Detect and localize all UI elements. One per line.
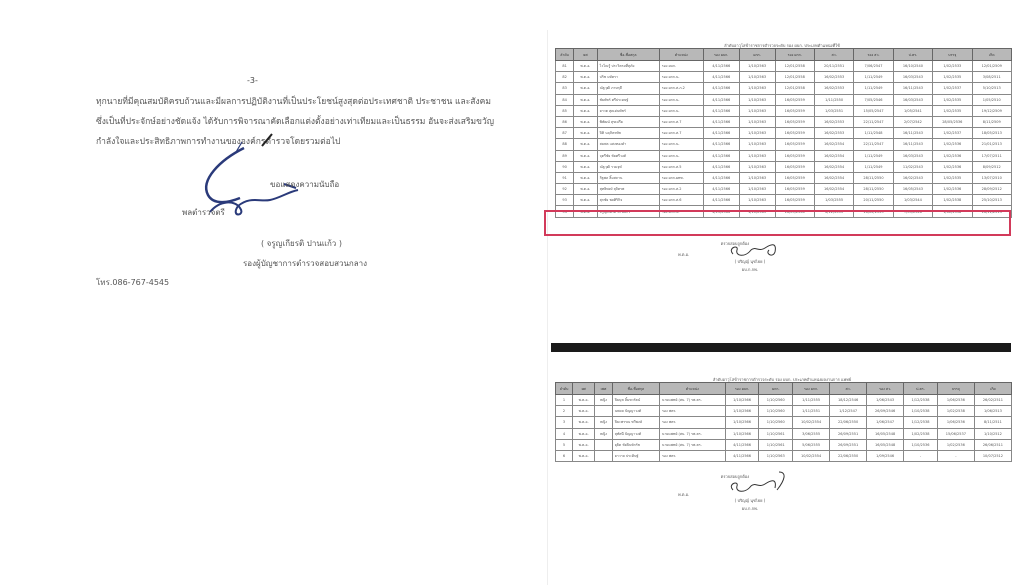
- table-cell: 26/09/2551: [830, 428, 867, 439]
- table-cell: 1/10/2563: [739, 61, 775, 72]
- table-cell: 1/10/2563: [739, 94, 775, 105]
- table-cell: พ.ต.อ.: [574, 184, 598, 195]
- table-cell: 83: [556, 83, 574, 94]
- table-cell: 1/11/2548: [854, 128, 893, 139]
- seniority-table-2: ลำดับยศเพศชื่อ-ชื่อสกุลตำแหน่งรอง ผบก.ผก…: [555, 382, 1012, 462]
- table-cell: 28/05/2536: [933, 116, 972, 127]
- table-cell: ณัฐวุฒิ รวมจุฬ: [597, 161, 659, 172]
- table-cell: 4/11/2566: [703, 161, 739, 172]
- table-cell: 1/12/2538: [904, 417, 938, 428]
- table-cell: พ.ต.อ.: [574, 128, 598, 139]
- table-cell: 19/12/2509: [972, 105, 1012, 116]
- table-cell: 4: [556, 428, 573, 439]
- table-row: 81พ.ต.อ.ไวไณรู้ ประวิตรอที่สุภัยรอง ผบก.…: [556, 61, 1012, 72]
- table-cell: 16/02/2553: [814, 72, 853, 83]
- table-cell: 1/10/2560: [759, 406, 793, 417]
- table-cell: -: [937, 450, 974, 461]
- table-cell: 1/03/2555: [814, 195, 853, 206]
- table-cell: 1/03/2551: [814, 105, 853, 116]
- table-cell: 28/11/2550: [854, 172, 893, 183]
- table-cell: 1/05/2541: [893, 105, 932, 116]
- column-header: เพศ: [595, 383, 613, 395]
- table-cell: 1/12/2538: [904, 395, 938, 406]
- table-cell: 1/02/2536: [933, 184, 972, 195]
- table-cell: 1/10/2560: [759, 395, 793, 406]
- table-cell: 1/10/2563: [739, 150, 775, 161]
- table-cell: 16/05/2559: [775, 105, 814, 116]
- table-cell: 1/10/2563: [739, 172, 775, 183]
- table-cell: 16/05/2559: [775, 184, 814, 195]
- checkmark-icon: [258, 130, 288, 150]
- table-cell: 7/06/2547: [854, 61, 893, 72]
- table-cell: 15/06/2537: [937, 428, 974, 439]
- table-cell: 22/06/2550: [830, 450, 867, 461]
- table-cell: 1/02/2533: [933, 61, 972, 72]
- table-cell: รอง ผกก.ส.2: [659, 184, 703, 195]
- table-cell: 20/11/2551: [814, 61, 853, 72]
- column-header: ลำดับ: [556, 49, 574, 61]
- table-cell: 90: [556, 161, 574, 172]
- table-cell: 16/02/2554: [814, 184, 853, 195]
- table-row: 87พ.ต.อ.ปิติ นฤภิตรพัชรอง ผกก.ส.74/11/25…: [556, 128, 1012, 139]
- approval-position: ผบ.ก.กพ.: [720, 266, 780, 273]
- attachment-page: ลำดับอาวุโสข้าราชการตำรวจระดับ รอง ผบก. …: [540, 0, 1024, 585]
- table-cell: 5/06/2555: [793, 439, 830, 450]
- table-cell: รอง ผกก.ส.7: [659, 116, 703, 127]
- table-cell: 1/09/2546: [867, 450, 904, 461]
- table-cell: 1/10/2563: [759, 450, 793, 461]
- table-cell: 1/10/2563: [739, 105, 775, 116]
- table-cell: สุทัศนี ปัญญาวงศ์: [612, 428, 659, 439]
- table-cell: 1/02/2538: [933, 195, 972, 206]
- table-cell: 1/10/2566: [725, 417, 759, 428]
- table-cell: [595, 439, 613, 450]
- table-row: 84พ.ต.อ.ชัยพัชร์ ศรีประดษฐ์รอง ผกก.น.4/1…: [556, 94, 1012, 105]
- table-cell: 16/05/2559: [775, 94, 814, 105]
- table-cell: 1/06/2536: [937, 395, 974, 406]
- table-cell: 1/11/2555: [793, 395, 830, 406]
- table-cell: ปิยนุช ลิ้มทวรัตน์: [612, 395, 659, 406]
- table-cell: พ.ต.อ.: [573, 417, 595, 428]
- table-cell: 16/11/2543: [893, 128, 932, 139]
- table-cell: 82: [556, 72, 574, 83]
- column-header: ผกก.: [759, 383, 793, 395]
- table-cell: สุทธิพงษ์ สุจิตรพ: [597, 184, 659, 195]
- table-cell: 4/11/2566: [703, 105, 739, 116]
- table-row: 5พ.ต.อ.ยุธิต ชัยปินท์กรัชนายแพทย์ (สบ. 7…: [556, 439, 1012, 450]
- table-cell: 12/01/2509: [972, 61, 1012, 72]
- table-cell: 16/05/2548: [867, 428, 904, 439]
- table-cell: พ.ต.อ.: [574, 61, 598, 72]
- approval-signature-icon: [725, 470, 795, 500]
- table-cell: หญิง: [595, 395, 613, 406]
- table-cell: 16/03/2543: [893, 150, 932, 161]
- table-cell: 22/11/2547: [854, 116, 893, 127]
- table-cell: 4/11/2566: [725, 439, 759, 450]
- table-cell: 84: [556, 94, 574, 105]
- table-cell: พ.ต.อ.: [574, 94, 598, 105]
- table-cell: 1/10/2563: [739, 184, 775, 195]
- table-cell: 12/01/2558: [775, 72, 814, 83]
- table-cell: ปริช มหัตรา: [597, 72, 659, 83]
- table-cell: รอง ผกก.น.: [659, 150, 703, 161]
- signer-position: รองผู้บัญชาการตำรวจสอบสวนกลาง: [243, 257, 367, 270]
- table-cell: นายแพทย์ (สบ. 7) รพ.ตร.: [660, 428, 726, 439]
- table-cell: 88: [556, 139, 574, 150]
- table-cell: 3: [556, 417, 573, 428]
- table-cell: 1/02/2536: [937, 439, 974, 450]
- table-cell: 16/03/2543: [893, 94, 932, 105]
- table-row: 85พ.ต.อ.ยาวต สุดเด่นพัชร์รอง ผกก.น.4/11/…: [556, 105, 1012, 116]
- table-cell: 16/02/2554: [814, 150, 853, 161]
- seniority-table-1: ลำดับยศชื่อ-ชื่อสกุลตำแหน่งรอง ผบก.ผกก.ร…: [555, 48, 1012, 218]
- table-cell: 1/11/2549: [854, 150, 893, 161]
- table-cell: 16/05/2559: [775, 116, 814, 127]
- table-cell: 8/09/2512: [972, 161, 1012, 172]
- approval-rank: พ.ต.อ.: [678, 251, 689, 258]
- table-cell: 5/10/2513: [972, 83, 1012, 94]
- table-cell: ชัยพัชร์ ศรีประดษฐ์: [597, 94, 659, 105]
- table-cell: พ.ต.อ.: [574, 83, 598, 94]
- table-cell: 1/02/2537: [933, 83, 972, 94]
- table-cell: พ.ต.อ.: [573, 439, 595, 450]
- table-cell: รอง ผกก.น.: [659, 72, 703, 83]
- table-cell: 4/11/2566: [703, 83, 739, 94]
- table-cell: 1/10/2563: [739, 128, 775, 139]
- table-cell: ยาวต สุดเด่นพัชร์: [597, 105, 659, 116]
- table-cell: กิฐพล ลิ้มสถาน: [597, 172, 659, 183]
- table-cell: 8/11/2509: [972, 116, 1012, 127]
- table-cell: นายแพทย์ (สบ. 7) รพ.ตร.: [660, 395, 726, 406]
- table-cell: 26/09/2551: [830, 439, 867, 450]
- table-cell: 1/10/2566: [725, 406, 759, 417]
- column-header: ลำดับ: [556, 383, 573, 395]
- table-cell: รอง พตร.: [660, 406, 726, 417]
- table-cell: 22/11/2547: [854, 139, 893, 150]
- table-cell: นายแพทย์ (สบ. 7) รพ.ตร.: [660, 439, 726, 450]
- table-cell: 16/02/2554: [814, 161, 853, 172]
- table-cell: พ.ต.อ.: [573, 395, 595, 406]
- table-row: 83พ.ต.อ.ณัฐวุฒิ ภาษกุลีรอง ผกก.ส.ภ.24/11…: [556, 83, 1012, 94]
- table-cell: 4/11/2566: [703, 139, 739, 150]
- table-cell: 1/02/2538: [904, 428, 938, 439]
- table-row: 6พ.ต.อ.ยาวาล ประดิษฐ์รอง พตร.4/11/25661/…: [556, 450, 1012, 461]
- table-cell: 1/10/2563: [739, 72, 775, 83]
- table-cell: 16/05/2548: [867, 439, 904, 450]
- table-row: 86พ.ต.อ.พิพัฒน์ สุขเปรียรอง ผกก.ส.74/11/…: [556, 116, 1012, 127]
- table-cell: 89: [556, 150, 574, 161]
- table-cell: 1/02/2536: [933, 161, 972, 172]
- table-cell: 1/10/2563: [739, 116, 775, 127]
- table-cell: 1/06/2547: [867, 417, 904, 428]
- table-cell: 28/11/2550: [854, 184, 893, 195]
- table-row: 93พ.ต.อ.สุกชัย พลศิริกิจรอง ผกก.ส.64/11/…: [556, 195, 1012, 206]
- table-cell: พ.ต.อ.: [573, 450, 595, 461]
- highlighted-row-frame: [544, 210, 1011, 236]
- table-cell: 4/11/2566: [703, 195, 739, 206]
- table-cell: พ.ต.อ.: [573, 428, 595, 439]
- table-cell: รอง ผกก.ส.6: [659, 195, 703, 206]
- table-cell: 3/06/2555: [793, 428, 830, 439]
- table-cell: 1/02/2535: [933, 94, 972, 105]
- table-cell: 1/10/2563: [739, 83, 775, 94]
- table-row: 89พ.ต.อ.จุตรีชัย ชัยศรีวงศ์รอง ผกก.น.4/1…: [556, 150, 1012, 161]
- table-cell: 91: [556, 172, 574, 183]
- table-cell: 21/01/2513: [972, 139, 1012, 150]
- column-header: ตำแหน่ง: [659, 49, 703, 61]
- table-cell: หญิง: [595, 417, 613, 428]
- table-cell: 93: [556, 195, 574, 206]
- table-cell: 2: [556, 406, 573, 417]
- table-cell: 92: [556, 184, 574, 195]
- table-cell: 1/11/2549: [854, 83, 893, 94]
- page-number: -3-: [247, 76, 258, 85]
- table-cell: 28/09/2512: [972, 184, 1012, 195]
- table-cell: 1/10/2566: [725, 428, 759, 439]
- table-row: 91พ.ต.อ.กิฐพล ลิ้มสถานรอง ผกก.ผทท.4/11/2…: [556, 172, 1012, 183]
- table-cell: จุตรีชัย ชัยศรีวงศ์: [597, 150, 659, 161]
- table-cell: 5: [556, 439, 573, 450]
- table-cell: [595, 450, 613, 461]
- table-cell: 16/11/2543: [893, 83, 932, 94]
- table-cell: 22/06/2550: [830, 417, 867, 428]
- column-header: เกิด: [974, 383, 1011, 395]
- table-cell: 1/11/2550: [814, 94, 853, 105]
- table-cell: 16/05/2543: [893, 184, 932, 195]
- table-cell: 11/02/2543: [893, 161, 932, 172]
- table-cell: 1/02/2538: [937, 406, 974, 417]
- table-cell: 1/06/2543: [867, 395, 904, 406]
- table-cell: รอง ผกก.ผทท.: [659, 172, 703, 183]
- column-header: ชื่อ-ชื่อสกุล: [612, 383, 659, 395]
- table-cell: 1/10/2536: [904, 439, 938, 450]
- table-cell: [595, 406, 613, 417]
- table-cell: 1/02/2535: [933, 72, 972, 83]
- table-cell: 16/02/2554: [814, 139, 853, 150]
- column-header: ป.ตร.: [904, 383, 938, 395]
- table-row: 90พ.ต.อ.ณัฐวุฒิ รวมจุฬรอง ผกก.ส.54/11/25…: [556, 161, 1012, 172]
- column-header: ตำแหน่ง: [660, 383, 726, 395]
- table-cell: หญิง: [595, 428, 613, 439]
- page-divider: [551, 343, 1011, 352]
- table-cell: พ.ต.อ.: [574, 195, 598, 206]
- table-cell: 1/06/2513: [974, 406, 1011, 417]
- table-cell: 4/11/2566: [703, 116, 739, 127]
- table-cell: 10/02/2554: [793, 450, 830, 461]
- table-cell: รอง ผกก.น.: [659, 139, 703, 150]
- table-cell: 4/11/2566: [703, 61, 739, 72]
- table-cell: 16/02/2554: [814, 172, 853, 183]
- table-cell: 1/03/2544: [893, 195, 932, 206]
- table-cell: 1/02/2536: [933, 150, 972, 161]
- table-cell: ปิยะพรรณ ทวีพงษ์: [612, 417, 659, 428]
- table-cell: 1/10/2561: [759, 428, 793, 439]
- column-header: รอง ผบก.: [703, 49, 739, 61]
- table-cell: 1/02/2537: [933, 128, 972, 139]
- table-cell: สุกชัย พลศิริกิจ: [597, 195, 659, 206]
- table-cell: 1/10/2563: [739, 161, 775, 172]
- table-cell: 7/05/2546: [854, 94, 893, 105]
- column-header: ยศ: [574, 49, 598, 61]
- column-header: รอง สว.: [854, 49, 893, 61]
- table-cell: 16/02/2553: [814, 83, 853, 94]
- table-cell: ยาวาล ประดิษฐ์: [612, 450, 659, 461]
- table-cell: พ.ต.อ.: [574, 72, 598, 83]
- table-row: 3พ.ต.อ.หญิงปิยะพรรณ ทวีพงษ์รอง พตร.1/10/…: [556, 417, 1012, 428]
- table-cell: พ.ต.อ.: [574, 172, 598, 183]
- table-cell: 18/12/2546: [830, 395, 867, 406]
- table-cell: 1/02/2536: [933, 139, 972, 150]
- table-cell: 1/12/2547: [830, 406, 867, 417]
- table-cell: 1/10/2563: [739, 195, 775, 206]
- table-cell: รอง ผกก.น.: [659, 105, 703, 116]
- paragraph-line-1: ทุกนายที่มีคุณสมบัติครบถ้วนและมีผลการปฏิ…: [96, 92, 516, 112]
- table-cell: 4/11/2566: [703, 150, 739, 161]
- table-cell: 4/11/2566: [703, 184, 739, 195]
- table-cell: 25/10/2513: [972, 195, 1012, 206]
- signer-name: ( จรูญเกียรติ ปานแก้ว ): [261, 237, 342, 250]
- table-cell: 16/02/2553: [814, 116, 853, 127]
- table-cell: 1/02/2535: [933, 172, 972, 183]
- column-header: ผกก.: [739, 49, 775, 61]
- column-header: ยศ: [573, 383, 595, 395]
- table-cell: 12/01/2558: [775, 83, 814, 94]
- table-cell: 3/08/2511: [972, 72, 1012, 83]
- table-cell: รอง ผบก.: [659, 61, 703, 72]
- paragraph-line-2: ซึ่งเป็นที่ประจักษ์อย่างชัดแจ้ง ได้รับกา…: [96, 112, 516, 132]
- column-header: รอง ผกก.: [793, 383, 830, 395]
- table-cell: 16/05/2559: [775, 161, 814, 172]
- table-cell: 16/02/2543: [893, 172, 932, 183]
- table-cell: 13/07/2510: [972, 172, 1012, 183]
- signer-rank: พลตำรวจตรี: [182, 206, 225, 219]
- table-row: 88พ.ต.อ.สมพล แสงทองคำรอง ผกก.น.4/11/2566…: [556, 139, 1012, 150]
- column-header: บรรจุ: [937, 383, 974, 395]
- column-header: ป.ตร.: [893, 49, 932, 61]
- table-row: 2พ.ต.อ.นพดล ปัญญาวงศ์รอง พตร.1/10/25661/…: [556, 406, 1012, 417]
- closing-phrase: ขอแสดงความนับถือ: [270, 178, 339, 191]
- table-cell: 26/06/2511: [974, 439, 1011, 450]
- table-cell: 4/11/2566: [703, 94, 739, 105]
- table-row: 92พ.ต.อ.สุทธิพงษ์ สุจิตรพรอง ผกก.ส.24/11…: [556, 184, 1012, 195]
- table-cell: 4/11/2566: [703, 72, 739, 83]
- table-cell: 6: [556, 450, 573, 461]
- table-row: 82พ.ต.อ.ปริช มหัตรารอง ผกก.น.4/11/25661/…: [556, 72, 1012, 83]
- table-cell: 26/09/2546: [867, 406, 904, 417]
- table-cell: 10/07/2512: [974, 450, 1011, 461]
- table-cell: 1/10/2561: [759, 439, 793, 450]
- table-cell: พ.ต.อ.: [574, 105, 598, 116]
- table-cell: 1/10/2563: [739, 139, 775, 150]
- table-cell: 1: [556, 395, 573, 406]
- table-cell: 16/03/2543: [893, 72, 932, 83]
- approval-rank: พ.ต.อ.: [678, 491, 689, 498]
- table-cell: 16/05/2559: [775, 150, 814, 161]
- table-cell: 26/02/2511: [974, 395, 1011, 406]
- table-cell: ปิติ นฤภิตรพัช: [597, 128, 659, 139]
- column-header: สว.: [814, 49, 853, 61]
- column-header: เกิด: [972, 49, 1012, 61]
- table-cell: ณัฐวุฒิ ภาษกุลี: [597, 83, 659, 94]
- table-cell: รอง พตร.: [660, 417, 726, 428]
- table-cell: 20/11/2550: [854, 195, 893, 206]
- approval-name: ( ปริญญ์ นุชไธย ): [720, 497, 780, 504]
- table-cell: 2/07/2542: [893, 116, 932, 127]
- table-cell: 17/07/2511: [972, 150, 1012, 161]
- table-cell: 1/06/2536: [937, 417, 974, 428]
- approval-name: ( ปริญญ์ นุชไธย ): [720, 258, 780, 265]
- table-cell: 1/10/2560: [759, 417, 793, 428]
- table-row: 1พ.ต.อ.หญิงปิยนุช ลิ้มทวรัตน์นายแพทย์ (ส…: [556, 395, 1012, 406]
- table-cell: 4/11/2566: [725, 450, 759, 461]
- table-cell: 16/05/2559: [775, 195, 814, 206]
- phone-number: โทร.086-767-4545: [96, 276, 169, 289]
- table-cell: ไวไณรู้ ประวิตรอที่สุภัย: [597, 61, 659, 72]
- table-cell: 10/02/2554: [793, 417, 830, 428]
- table-cell: 1/11/2549: [854, 72, 893, 83]
- table-cell: 85: [556, 105, 574, 116]
- table-cell: 1/10/2566: [725, 395, 759, 406]
- approval-position: ผบ.ก.กพ.: [720, 505, 780, 512]
- column-header: รอง สว.: [867, 383, 904, 395]
- column-header: สว.: [830, 383, 867, 395]
- table-cell: 16/10/2540: [893, 61, 932, 72]
- column-header: ชื่อ-ชื่อสกุล: [597, 49, 659, 61]
- table-cell: ยุธิต ชัยปินท์กรัช: [612, 439, 659, 450]
- table-cell: รอง ผกก.ส.ภ.2: [659, 83, 703, 94]
- table-cell: รอง ผกก.น.: [659, 94, 703, 105]
- table-cell: 15/05/2547: [854, 105, 893, 116]
- table-cell: 86: [556, 116, 574, 127]
- table-cell: รอง พตร.: [660, 450, 726, 461]
- table-cell: 4/11/2566: [703, 172, 739, 183]
- table-cell: 1/11/2549: [854, 161, 893, 172]
- table-cell: 8/11/2511: [974, 417, 1011, 428]
- table-cell: 16/02/2553: [814, 128, 853, 139]
- table-row: 4พ.ต.อ.หญิงสุทัศนี ปัญญาวงศ์นายแพทย์ (สบ…: [556, 428, 1012, 439]
- table-cell: 16/05/2559: [775, 139, 814, 150]
- table-cell: รอง ผกก.ส.7: [659, 128, 703, 139]
- table-cell: 4/11/2566: [703, 128, 739, 139]
- table-cell: นพดล ปัญญาวงศ์: [612, 406, 659, 417]
- table-cell: พิพัฒน์ สุขเปรีย: [597, 116, 659, 127]
- table-cell: 12/01/2558: [775, 61, 814, 72]
- table-cell: พ.ต.อ.: [574, 161, 598, 172]
- table-cell: 1/05/2510: [972, 94, 1012, 105]
- column-header: บรรจุ: [933, 49, 972, 61]
- table-cell: 16/11/2543: [893, 139, 932, 150]
- letter-page: -3- ทุกนายที่มีคุณสมบัติครบถ้วนและมีผลกา…: [0, 0, 540, 585]
- table-cell: 81: [556, 61, 574, 72]
- table-cell: 16/05/2559: [775, 172, 814, 183]
- table-cell: 1/02/2535: [933, 105, 972, 116]
- table-cell: 1/11/2551: [793, 406, 830, 417]
- table-cell: สมพล แสงทองคำ: [597, 139, 659, 150]
- table-cell: 1/10/2538: [904, 406, 938, 417]
- table-cell: 1/10/2512: [974, 428, 1011, 439]
- table-cell: พ.ต.อ.: [573, 406, 595, 417]
- column-header: รอง ผบก.: [725, 383, 759, 395]
- table-cell: พ.ต.อ.: [574, 116, 598, 127]
- table-cell: -: [904, 450, 938, 461]
- table-cell: 16/05/2559: [775, 128, 814, 139]
- table-cell: 18/05/2513: [972, 128, 1012, 139]
- column-header: รอง ผกก.: [775, 49, 814, 61]
- table-cell: พ.ต.อ.: [574, 150, 598, 161]
- table-cell: พ.ต.อ.: [574, 139, 598, 150]
- table-cell: รอง ผกก.ส.5: [659, 161, 703, 172]
- table-cell: 87: [556, 128, 574, 139]
